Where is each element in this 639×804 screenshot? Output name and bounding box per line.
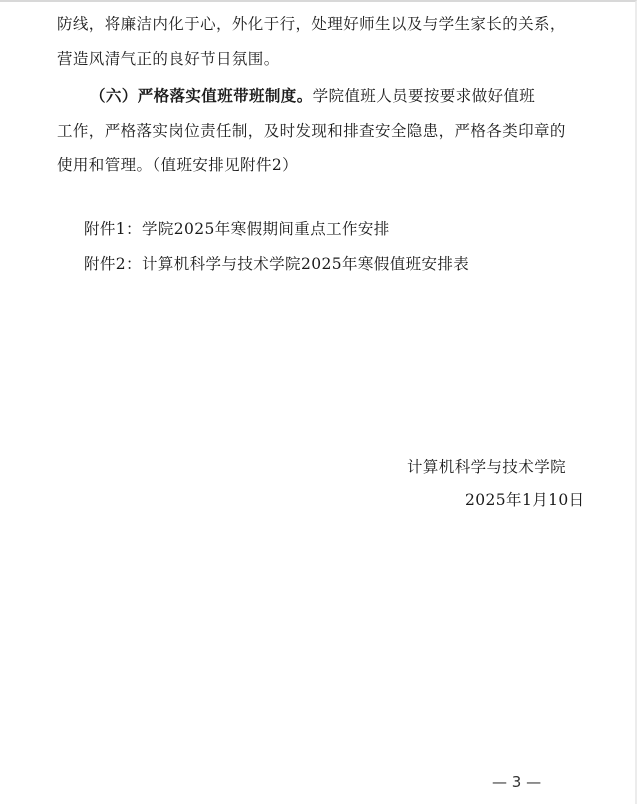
- paragraph-line-2: 营造风清气正的良好节日氛围。: [57, 49, 280, 69]
- section-six-text: 学院值班人员要按要求做好值班: [313, 87, 536, 105]
- document-page: 防线，将廉洁内化于心，外化于行，处理好师生以及与学生家长的关系， 营造风清气正的…: [0, 0, 637, 804]
- section-six-line-1: （六）严格落实值班带班制度。学院值班人员要按要求做好值班: [90, 86, 535, 106]
- signature-date: 2025年1月10日: [465, 490, 585, 510]
- section-six-line-2: 工作，严格落实岗位责任制，及时发现和排查安全隐患，严格各类印章的: [57, 121, 566, 141]
- signature-organization: 计算机科学与技术学院: [407, 457, 566, 477]
- attachment-2: 附件2：计算机科学与技术学院2025年寒假值班安排表: [84, 254, 469, 274]
- paragraph-line-1: 防线，将廉洁内化于心，外化于行，处理好师生以及与学生家长的关系，: [57, 14, 566, 34]
- attachment-1: 附件1：学院2025年寒假期间重点工作安排: [84, 219, 390, 239]
- page-number: — 3 —: [492, 773, 541, 791]
- section-six-heading: （六）严格落实值班带班制度。: [90, 86, 313, 105]
- section-six-line-3: 使用和管理。（值班安排见附件2）: [57, 155, 298, 175]
